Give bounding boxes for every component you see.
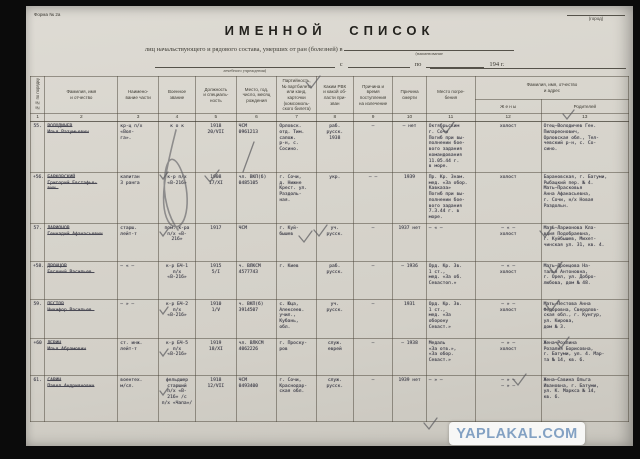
table-cell: 1908 17/XI bbox=[196, 173, 237, 224]
table-cell: 59. bbox=[31, 299, 45, 338]
table-cell: к-р БЧ-2 п/х «В-216» bbox=[158, 299, 195, 338]
col-header-1: №№ по порядку bbox=[31, 77, 45, 114]
name-cell: ПЕСТОВ Никифор Васильев. bbox=[45, 299, 118, 338]
table-cell: служ. еврей bbox=[316, 338, 353, 375]
table-cell: — » — bbox=[118, 299, 159, 338]
table-cell: ст. инж. лейт-т bbox=[118, 338, 159, 375]
table-cell: — » — холост bbox=[475, 338, 541, 375]
col-header-3: Наимено- вание части bbox=[118, 77, 159, 114]
table-cell: — нет bbox=[393, 122, 426, 173]
col-number-11: 11 bbox=[426, 114, 475, 122]
roster-table-body: 55.ВОЛОДИЧЕВ Илья Разумьевичкр-ц п/х «Во… bbox=[31, 122, 629, 422]
table-cell: Орд. Кр. Зв. 1 ст., мед. «За об. Севасто… bbox=[426, 261, 475, 299]
table-cell: г. Киев bbox=[277, 261, 316, 299]
col-header-11: Место погре- бения bbox=[426, 77, 475, 114]
table-cell: к о к bbox=[158, 122, 195, 173]
col-number-10: 10 bbox=[393, 114, 426, 122]
table-cell: Жена—Рохлина Розалия Борисовна, г. Батум… bbox=[541, 338, 628, 375]
table-cell: 55. bbox=[31, 122, 45, 173]
table-cell: фельдшер старший п/х «В- 216» /с п/х «Ча… bbox=[158, 375, 195, 421]
col-header-5: Должность и специаль- ность bbox=[196, 77, 237, 114]
table-cell: холост bbox=[475, 173, 541, 224]
table-row: 61.САВИН Павел Андрияновичвоентех. м/сл.… bbox=[31, 375, 629, 421]
group-header-address: Фамилия, имя, отчество и адрес bbox=[475, 77, 628, 100]
table-cell: раб. русск. 1938 bbox=[316, 122, 353, 173]
table-cell: ЧСМ 0961213 bbox=[236, 122, 277, 173]
table-cell: 1939 нет bbox=[393, 375, 426, 421]
institution-blank: (наименование bbox=[344, 43, 514, 51]
from-label: с bbox=[340, 61, 343, 68]
scanned-document-paper: Форма № 2а (город) ИМЕННОЙ СПИСОК лиц на… bbox=[26, 6, 633, 446]
col-header-12: Ж е н ы bbox=[475, 100, 541, 114]
table-cell: Орловск. отд. Тим. сапож. р-н, с. Сосино… bbox=[277, 122, 316, 173]
roster-table: №№ по порядкуФамилия, имя и отчествоНаим… bbox=[30, 76, 629, 422]
table-cell: +56. bbox=[31, 173, 45, 224]
col-number-13: 13 bbox=[541, 114, 628, 122]
table-cell: к-р БЧ-5 п/х «В-216» bbox=[158, 338, 195, 375]
table-row: 57.ЛАРИОНОВ Геннадий Афанасьевичстарш. л… bbox=[31, 223, 629, 261]
table-row: 59.ПЕСТОВ Никифор Васильев.— » —к-р БЧ-2… bbox=[31, 299, 629, 338]
col-number-5: 5 bbox=[196, 114, 237, 122]
subtitle-line-1: лиц начальствующего и рядового состава, … bbox=[26, 43, 633, 53]
col-number-9: 9 bbox=[353, 114, 392, 122]
name-cell: БАРКОВСКИЙ Григорий Евстафье- вич. bbox=[45, 173, 118, 224]
col-header-9: Причина и время поступления на излечение bbox=[353, 77, 392, 114]
table-cell: г. Проску- ров bbox=[277, 338, 316, 375]
table-cell: 1910 1/V bbox=[196, 299, 237, 338]
table-cell: — 1936 bbox=[393, 261, 426, 299]
col-header-8: Каким РВК и какой об- ласти при- зван bbox=[316, 77, 353, 114]
table-cell: 57. bbox=[31, 223, 45, 261]
table-cell: — « — холост bbox=[475, 261, 541, 299]
table-cell: Жена—Савина Ольга Ивановна, г. Батуми, у… bbox=[541, 375, 628, 421]
table-cell: 1937 нет bbox=[393, 223, 426, 261]
name-cell: ВОЛОДИЧЕВ Илья Разумьевич bbox=[45, 122, 118, 173]
table-cell: 1917 bbox=[196, 223, 237, 261]
table-cell: — « — bbox=[118, 261, 159, 299]
col-number-3: 3 bbox=[118, 114, 159, 122]
table-cell: ч. ВКП(б) 3914507 bbox=[236, 299, 277, 338]
table-cell: Отец—Володичев Ген. Пилареонович, Орловс… bbox=[541, 122, 628, 173]
table-cell: с. Юца, Алексеев. учил., Кубань, обл. bbox=[277, 299, 316, 338]
table-cell: Орд. Кр. Зв. 1 ст., мед. «За оборону Сев… bbox=[426, 299, 475, 338]
table-cell: чл. ВЛКСМ 4062226 bbox=[236, 338, 277, 375]
table-cell: — bbox=[353, 261, 392, 299]
table-cell: Медаль «За отв.», «За обор. Севаст.» bbox=[426, 338, 475, 375]
table-cell: г. Сочи, Краснодар- ская обл. bbox=[277, 375, 316, 421]
table-cell: — bbox=[353, 338, 392, 375]
col-number-2: 2 bbox=[45, 114, 118, 122]
table-cell: Мать—Дронцова На- талья Антоновна, г. Ор… bbox=[541, 261, 628, 299]
table-cell: чл. ВКП(б) 0485105 bbox=[236, 173, 277, 224]
table-cell: ЧСМ 0493400 bbox=[236, 375, 277, 421]
table-cell: 61. bbox=[31, 375, 45, 421]
col-header-7: Партийность, № партбилета или канд. карт… bbox=[277, 77, 316, 114]
date-from-blank bbox=[348, 60, 410, 68]
col-header-2: Фамилия, имя и отчество bbox=[45, 77, 118, 114]
table-cell: г. Куй- бышев bbox=[277, 223, 316, 261]
col-number-1: 1 bbox=[31, 114, 45, 122]
table-cell: Барановская, г. Батуми, Рыбацкий пер. № … bbox=[541, 173, 628, 224]
table-cell: капитан 3 ранга bbox=[118, 173, 159, 224]
to-label: по bbox=[415, 61, 422, 68]
table-row: +58.ДРОНЦОВ Евгений Васильев.— « —к-р БЧ… bbox=[31, 261, 629, 299]
table-cell: Октябрьским г. Сочи Погиб при вы- полнен… bbox=[426, 122, 475, 173]
city-blank-line: (город) bbox=[567, 15, 625, 21]
table-cell: к-р БЧ-1 п/х «В-216» bbox=[158, 261, 195, 299]
name-cell: ЛЕВИН Илья Абрамович bbox=[45, 338, 118, 375]
table-cell: — bbox=[353, 122, 392, 173]
table-cell: — » — холост bbox=[475, 299, 541, 338]
year-label: 194 г. bbox=[489, 61, 504, 68]
table-cell: Мать—Пестова Анна Федоровна, Свердлов- с… bbox=[541, 299, 628, 338]
col-number-12: 12 bbox=[475, 114, 541, 122]
table-cell: — bbox=[353, 299, 392, 338]
table-cell: 1931 bbox=[393, 299, 426, 338]
col-number-7: 7 bbox=[277, 114, 316, 122]
subtitle-note: (наименование bbox=[415, 51, 442, 56]
table-cell: 1939 bbox=[393, 173, 426, 224]
table-cell: к-р п/х «В-216» bbox=[158, 173, 195, 224]
table-cell: — 1938 bbox=[393, 338, 426, 375]
table-cell: холост bbox=[475, 122, 541, 173]
col-number-6: 6 bbox=[236, 114, 277, 122]
col-header-10: Причина смерти bbox=[393, 77, 426, 114]
table-cell: +60 bbox=[31, 338, 45, 375]
table-cell: — » — — » — bbox=[475, 375, 541, 421]
table-cell: уч. русск. bbox=[316, 299, 353, 338]
institution-blank-2: лечебного учреждения) bbox=[155, 60, 335, 68]
col-header-4: Военное звание bbox=[158, 77, 195, 114]
name-cell: ДРОНЦОВ Евгений Васильев. bbox=[45, 261, 118, 299]
table-cell: ч. ВЛКСМ 4577743 bbox=[236, 261, 277, 299]
table-cell: служ. русск. bbox=[316, 375, 353, 421]
table-cell: 1919 18/XI bbox=[196, 338, 237, 375]
table-cell: кр-ц п/х «Вол- га». bbox=[118, 122, 159, 173]
table-cell: — bbox=[353, 223, 392, 261]
table-cell: уч. русск. bbox=[316, 223, 353, 261]
name-cell: ЛАРИОНОВ Геннадий Афанасьевич bbox=[45, 223, 118, 261]
table-cell: — — bbox=[353, 173, 392, 224]
col-number-4: 4 bbox=[158, 114, 195, 122]
table-cell: воентех. м/сл. bbox=[118, 375, 159, 421]
table-cell: Пр. Кр. Знам. мед. «За обор. Кавказа» По… bbox=[426, 173, 475, 224]
table-cell: 1918 12/VII bbox=[196, 375, 237, 421]
table-cell: 1915 5/I bbox=[196, 261, 237, 299]
table-row: +60ЛЕВИН Илья Абрамовичст. инж. лейт-тк-… bbox=[31, 338, 629, 375]
form-number: Форма № 2а bbox=[34, 12, 60, 17]
page-title: ИМЕННОЙ СПИСОК bbox=[26, 23, 633, 38]
table-cell: — « — bbox=[426, 223, 475, 261]
table-cell: укр. bbox=[316, 173, 353, 224]
name-cell: САВИН Павел Андриянович bbox=[45, 375, 118, 421]
watermark: YAPLAKAL.COM bbox=[449, 422, 585, 445]
table-row: 55.ВОЛОДИЧЕВ Илья Разумьевичкр-ц п/х «Во… bbox=[31, 122, 629, 173]
table-cell: 1918 20/VII bbox=[196, 122, 237, 173]
table-cell: — bbox=[353, 375, 392, 421]
table-cell: пом. к-ра п/х «В- 216» bbox=[158, 223, 195, 261]
subtitle-line-2: лечебного учреждения) с по 194 г. bbox=[26, 60, 633, 68]
right-blank-line bbox=[430, 68, 626, 69]
table-cell: г. Сочи, д. Нижне Крест. ул. Раздоль- на… bbox=[277, 173, 316, 224]
table-cell: — « — холост bbox=[475, 223, 541, 261]
table-cell: +58. bbox=[31, 261, 45, 299]
roster-table-head: №№ по порядкуФамилия, имя и отчествоНаим… bbox=[31, 77, 629, 122]
subtitle-text: лиц начальствующего и рядового состава, … bbox=[145, 46, 343, 53]
col-header-6: Место, год, число, месяц рождения bbox=[236, 77, 277, 114]
table-cell: раб. русск. bbox=[316, 261, 353, 299]
table-cell: старш. лейт-т bbox=[118, 223, 159, 261]
table-cell: ЧСМ bbox=[236, 223, 277, 261]
table-row: +56.БАРКОВСКИЙ Григорий Евстафье- вич.ка… bbox=[31, 173, 629, 224]
table-cell: — » — bbox=[426, 375, 475, 421]
form-header-row: Форма № 2а (город) bbox=[26, 6, 633, 21]
col-number-8: 8 bbox=[316, 114, 353, 122]
date-to-blank bbox=[426, 60, 484, 68]
institution-note: лечебного учреждения) bbox=[223, 68, 266, 73]
col-header-13: Родителей bbox=[541, 100, 628, 114]
table-cell: Мать—Ларионова Кла- вдия Подобраевна, г.… bbox=[541, 223, 628, 261]
